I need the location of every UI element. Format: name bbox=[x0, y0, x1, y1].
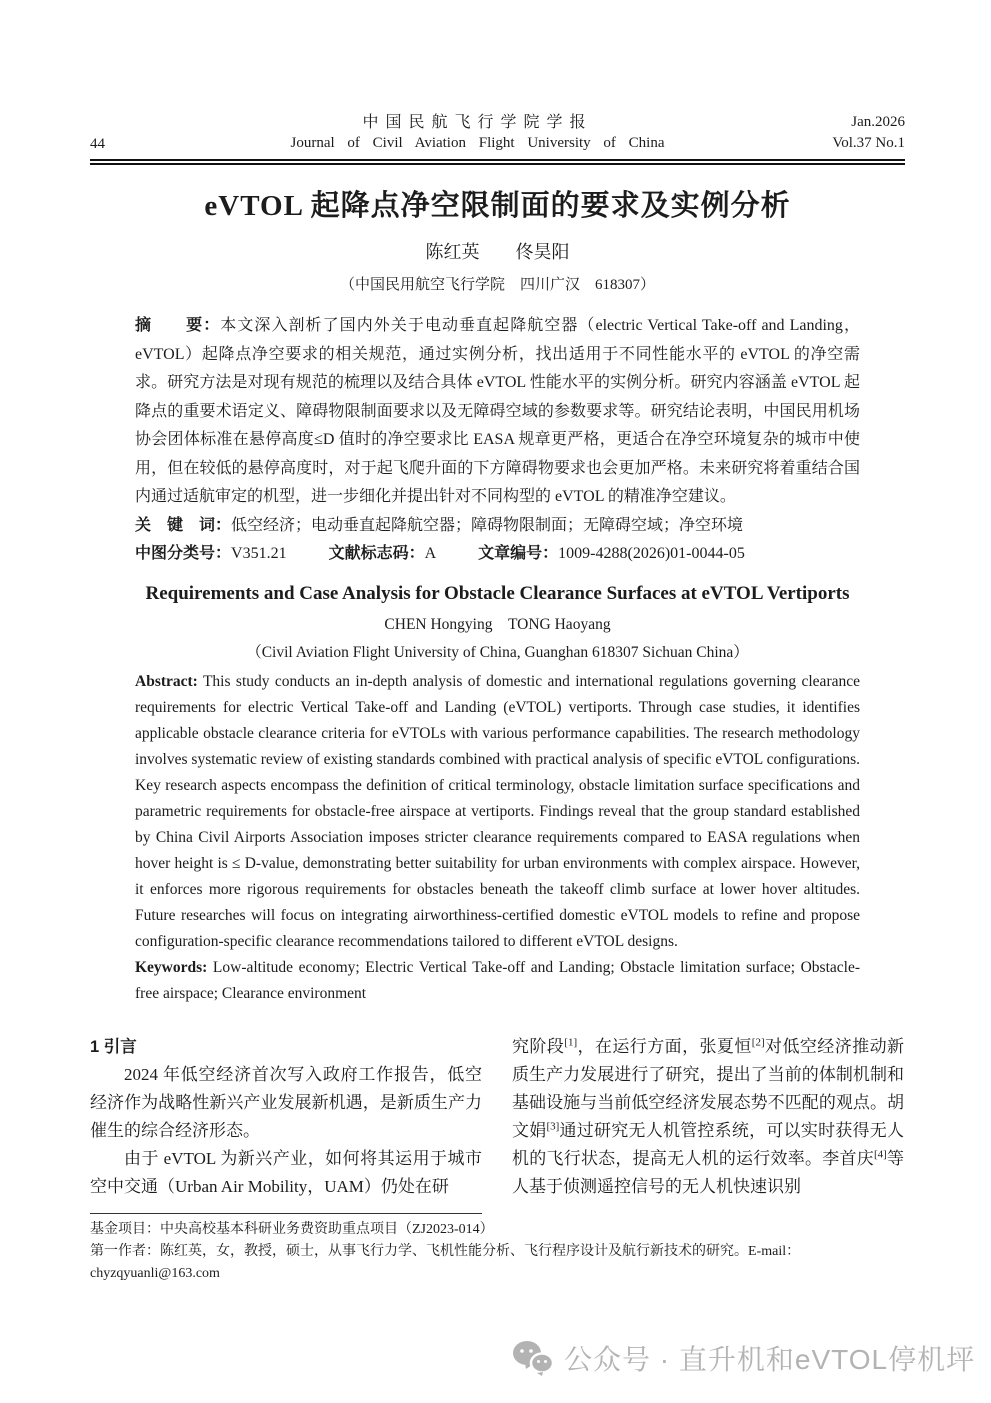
keywords-en: Keywords: Low-altitude economy; Electric… bbox=[135, 955, 860, 1007]
section-heading: 1 引言 bbox=[90, 1033, 482, 1061]
issue-date: Jan.2026 bbox=[795, 112, 905, 133]
journal-name-en: Journal of Civil Aviation Flight Univers… bbox=[160, 133, 795, 154]
article-id-label: 文章编号： bbox=[478, 545, 558, 562]
watermark: 公众号 · 直升机和eVTOL停机坪 bbox=[512, 1338, 975, 1378]
authors-en: CHEN Hongying TONG Haoyang bbox=[90, 612, 905, 634]
page-number: 44 bbox=[90, 136, 160, 154]
clc-value: V351.21 bbox=[231, 545, 287, 562]
footnote-first-author: 第一作者：陈红英，女，教授，硕士，从事飞行力学、飞机性能分析、飞行程序设计及航行… bbox=[90, 1241, 905, 1285]
doc-code-label: 文献标志码： bbox=[329, 545, 425, 562]
clc-label: 中图分类号： bbox=[135, 545, 231, 562]
issue-info: Jan.2026 Vol.37 No.1 bbox=[795, 112, 905, 154]
authors-cn: 陈红英 佟昊阳 bbox=[90, 238, 905, 264]
header-divider bbox=[90, 159, 905, 165]
affiliation-cn: （中国民用航空飞行学院 四川广汉 618307） bbox=[90, 273, 905, 294]
abstract-en: Abstract: This study conducts an in-dept… bbox=[135, 669, 860, 955]
affiliation-en: （Civil Aviation Flight University of Chi… bbox=[90, 640, 905, 662]
body-paragraph: 究阶段[1]，在运行方面，张夏恒[2]对低空经济推动新质生产力发展进行了研究，提… bbox=[512, 1033, 904, 1201]
keywords-cn-label: 关 键 词： bbox=[135, 517, 231, 534]
abstract-cn-label: 摘 要： bbox=[135, 317, 220, 334]
journal-name-block: 中国民航飞行学院学报 Journal of Civil Aviation Fli… bbox=[160, 112, 795, 154]
footnote-fund: 基金项目：中央高校基本科研业务费资助重点项目（ZJ2023-014） bbox=[90, 1219, 905, 1241]
abstract-cn-text: 本文深入剖析了国内外关于电动垂直起降航空器（electric Vertical … bbox=[135, 317, 860, 505]
abstract-en-text: This study conducts an in-depth analysis… bbox=[135, 673, 860, 950]
abstract-en-label: Abstract: bbox=[135, 673, 198, 690]
right-column: 究阶段[1]，在运行方面，张夏恒[2]对低空经济推动新质生产力发展进行了研究，提… bbox=[512, 1033, 904, 1201]
left-column: 1 引言 2024 年低空经济首次写入政府工作报告，低空经济作为战略性新兴产业发… bbox=[90, 1033, 482, 1201]
keywords-cn-text: 低空经济；电动垂直起降航空器；障碍物限制面；无障碍空域；净空环境 bbox=[231, 517, 743, 534]
footnote: 基金项目：中央高校基本科研业务费资助重点项目（ZJ2023-014） 第一作者：… bbox=[90, 1213, 905, 1285]
doc-code-value: A bbox=[425, 545, 437, 562]
journal-name-cn: 中国民航飞行学院学报 bbox=[160, 112, 795, 133]
keywords-en-text: Low-altitude economy; Electric Vertical … bbox=[135, 959, 860, 1002]
issue-volume: Vol.37 No.1 bbox=[795, 133, 905, 154]
paper-title-cn: eVTOL 起降点净空限制面的要求及实例分析 bbox=[90, 183, 905, 224]
keywords-cn: 关 键 词：低空经济；电动垂直起降航空器；障碍物限制面；无障碍空域；净空环境 bbox=[135, 512, 860, 541]
footnote-divider bbox=[90, 1213, 482, 1214]
keywords-en-label: Keywords: bbox=[135, 959, 207, 976]
body-paragraph: 2024 年低空经济首次写入政府工作报告，低空经济作为战略性新兴产业发展新机遇，… bbox=[90, 1061, 482, 1145]
paper-title-en: Requirements and Case Analysis for Obsta… bbox=[90, 583, 905, 605]
watermark-text: 公众号 · 直升机和eVTOL停机坪 bbox=[564, 1338, 975, 1378]
paper-page: 44 中国民航飞行学院学报 Journal of Civil Aviation … bbox=[0, 0, 991, 1403]
wechat-icon bbox=[512, 1340, 554, 1376]
abstract-cn: 摘 要：本文深入剖析了国内外关于电动垂直起降航空器（electric Verti… bbox=[135, 312, 860, 512]
body-paragraph: 由于 eVTOL 为新兴产业，如何将其运用于城市空中交通（Urban Air M… bbox=[90, 1145, 482, 1201]
body-columns: 1 引言 2024 年低空经济首次写入政府工作报告，低空经济作为战略性新兴产业发… bbox=[90, 1033, 905, 1201]
journal-header: 44 中国民航飞行学院学报 Journal of Civil Aviation … bbox=[90, 112, 905, 154]
article-id-value: 1009-4288(2026)01-0044-05 bbox=[558, 545, 745, 562]
classification-line: 中图分类号：V351.21文献标志码：A文章编号：1009-4288(2026)… bbox=[135, 540, 860, 569]
